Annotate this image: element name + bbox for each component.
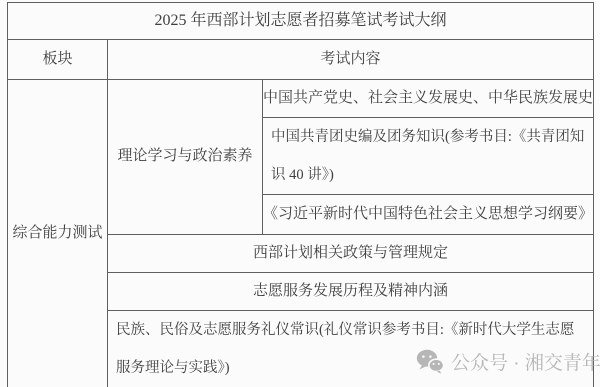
header-row: 板块 考试内容 [8,40,594,80]
table-row: 综合能力测试 理论学习与政治素养 中国共产党史、社会主义发展史、中华民族发展史 [8,80,594,118]
cell-western-plan-policy: 西部计划相关政策与管理规定 [108,235,594,273]
cell-league-knowledge-line2: 识 40 讲》) [271,156,585,194]
title-row: 2025 年西部计划志愿者招募笔试考试大纲 [8,3,594,40]
table-title: 2025 年西部计划志愿者招募笔试考试大纲 [8,3,594,40]
cell-etiquette-knowledge: 民族、民俗及志愿服务礼仪常识(礼仪常识参考书目:《新时代大学生志愿 服务理论与实… [108,311,594,387]
cell-theory-politics-group: 理论学习与政治素养 [108,80,263,235]
cell-module-comprehensive-ability: 综合能力测试 [8,80,108,387]
cell-volunteer-service-history: 志愿服务发展历程及精神内涵 [108,273,594,311]
exam-outline-table: 2025 年西部计划志愿者招募笔试考试大纲 板块 考试内容 综合能力测试 理论学… [7,2,594,387]
cell-etiquette-knowledge-line1: 民族、民俗及志愿服务礼仪常识(礼仪常识参考书目:《新时代大学生志愿 [116,311,585,349]
cell-league-knowledge-line1: 中国共青团史编及团务知识(参考书目:《共青团知 [271,118,585,156]
cell-league-knowledge: 中国共青团史编及团务知识(参考书目:《共青团知 识 40 讲》) [263,118,594,195]
cell-party-history: 中国共产党史、社会主义发展史、中华民族发展史 [263,80,594,118]
cell-xi-thought-outline: 《习近平新时代中国特色社会主义思想学习纲要》 [263,195,594,235]
header-content-column: 考试内容 [108,40,594,80]
header-module-column: 板块 [8,40,108,80]
cell-etiquette-knowledge-line2: 服务理论与实践》) [116,349,585,387]
